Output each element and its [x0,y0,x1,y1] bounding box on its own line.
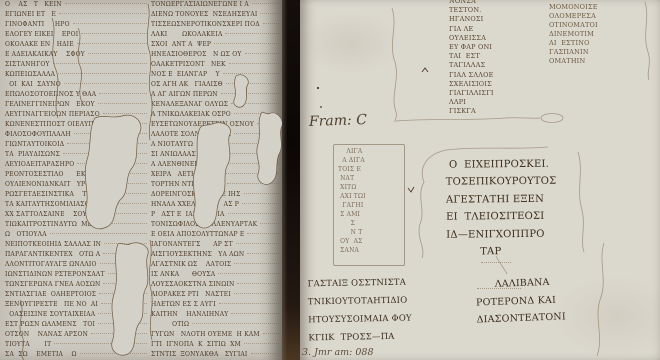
manuscript-text-line: ΟΥΛΕΙΣΣΑ [449,34,537,43]
dotted-ruling [226,163,279,164]
manuscript-text-line: ΑΓΕΣΤΑΤΗΙ ΕΞΕΝ [446,190,598,209]
manuscript-text-line: ΛΙΓΑ [338,147,404,156]
manuscript-text-line: Ω ΟΤΙΟΥΛΑ [5,231,147,241]
manuscript-text-line: ΓΙΑ ΛΕ [449,25,537,34]
manuscript-text-line: ΤΑ ΡΙΑΥΔΙΣΩΝΣ [5,151,147,161]
manuscript-text-line: Ε ΑΔΕΙΑΚΑΙΚΑΥ ΣΦΟΥ [5,51,147,61]
line-text: ΗΛΕΤΩΝ ΕΣ Σ ΑΥΓΙ [151,301,216,308]
dotted-ruling [63,153,147,154]
fragment-edge-line [392,8,397,122]
dotted-ruling [223,73,279,74]
manuscript-text-line: ΣΙ ΑΝΙΩΛΑΑΣ ΙΑΙ [151,151,279,161]
line-text: ΗΝΑΛΑ ΧΧΕΛΙΟΤΙΚΙ ΑΣ Ρ [151,201,239,208]
line-text: ΦΙΛΟΣΟΦΟΥΠΛΑΛΗ [5,131,71,138]
dotted-ruling [234,113,279,114]
line-text: ΟΑΑΚΕΤΡΙΣΟΝΤ ΝΕΚ [151,61,226,68]
caret-mark [408,187,414,192]
line-text: Ε ΑΔΕΙΑΚΑΙΚΑΥ ΣΦΟΥ [5,51,85,58]
dotted-ruling [103,283,147,284]
manuscript-text-line: ΗΛΕΤΩΝ ΕΣ Σ ΑΥΓΙ [151,301,279,311]
dotted-ruling [234,263,279,264]
line-text: Α ΑΛΕΝΘΙΝΕΙΡ ΙΣ [151,161,223,168]
dotted-ruling [257,123,279,124]
dotted-ruling [77,163,147,164]
manuscript-text-line: ΓΙΑΛ ΣΛΛΟΕ [449,71,537,80]
line-text: ΤΩΝΣΓΕΡΩΝΑ ΓΝΕΑ ΑΟΣΩΝ [5,281,100,288]
line-text: ΕΙ ΤΛΕΙΟΣΙΤΕΟΣΙ [446,208,545,226]
manuscript-text-line: ΝΑΤ [338,174,404,183]
line-text: ΙΣ ΑΝΚΑ ΘΟΥΣΑ [151,271,215,278]
line-text: ΑΓΕΣΤΑΤΗΙ ΕΞΕΝ [446,191,544,209]
dotted-ruling [221,93,279,94]
manuscript-text-line: Ο ΕΙΧΕΙΠΡΟΣΚΕΙ. [446,155,598,174]
manuscript-text-line: ΓΙΩΝΤΑΥΤΟΙΚΟΙΔ [5,141,147,151]
dotted-ruling [99,93,147,94]
manuscript-text-line: Α ΔΙΓΑ [338,156,404,165]
line-text: ΕΠΩΛΟΣΟΤΟΕΠΝΟΣ Υ ΘΑΑ [5,91,96,98]
dotted-ruling [65,3,147,4]
manuscript-text-line: ΑΙΟΡΑΚΕΣ ΡΤΙ ΝΑΣΤΕΙ [151,291,279,301]
line-text: ΤΙΩΚΑΙΤΡΟΣΤΙΝΔΥΤΩ ΜΕΙΖΟ [5,221,104,228]
manuscript-text-line: ΕΥ ΦΑΡ ΟΝΙ [449,43,537,52]
line-text: ΔΙΑΣΟΝΤΕΑΤΟΝΙ [476,308,566,329]
manuscript-text-line: ΤΟΝΙΣΩΦΙΛΟΣ ΕΝΛΛΕΝΥΑΡΤΑΚ [151,221,279,231]
manuscript-text-line: ΤΙΩΚΑΙΤΡΟΣΤΙΝΔΥΤΩ ΜΕΙΖΟ [5,221,147,231]
line-text: ΤΟΙΣ Ε [338,165,361,174]
manuscript-text-line: ΤΑΓΙΛΛΑΣ [449,61,537,70]
manuscript-text-line: ΣΑΝΑ [338,246,404,255]
line-text: ΝΑΤ [338,174,354,183]
line-text: ΛΙΓΑ [338,147,362,156]
line-text: ΛΑΚΙ ΩΚΟΛΑΚΕΙΑ [151,31,222,38]
manuscript-text-line: ΙΔ—ΕΝΙΓΧΟΠΠΡΟ [446,225,598,244]
line-text: ΧΧ ΣΑΤΤΟΛΣΑΙΝΕ ΣΟΥΕ Δ [5,211,98,218]
line-text: ΚΕΝΑΛΕΞΑΝΑΓ ΟΛΥΩΣ [151,101,228,108]
line-text: ΓΑΓΗΙ [338,201,363,210]
line-text: ΕΥΣΕΤΩΝΟΥΔΕΡΕΤΕΙΝ ΟΣΝΟΥ [151,121,254,128]
left-page-column-1: Ο ΑΣ Τ ΚΕΙΝΕΓΙΩΝΕΙ ΕΤ ΕΓΙΝΟΦΑΝΤΙ ΗΡΟΕΛΟΓ… [5,1,147,360]
manuscript-text-line: Α ΤΝΙΚΩΛΑΚΕΙΑΚ ΟΣΡΟ [151,111,279,121]
lacuna-edge-line [419,150,446,258]
line-text: ΛΑΛΟΤΕ ΣΟΛΝΟΥΕ Ε [151,131,231,138]
dotted-ruling [98,313,147,314]
dotted-ruling [101,303,147,304]
line-text: ΓΕΛΙΝΕΓΓΙΝΕΙΡΩΝ ΕΚΟΥ [5,101,95,108]
faint-oval-sketch [541,114,563,123]
manuscript-text-line: ΓΥΓΩΝ ΝΛΟΤΗ ΟΥΕΜΕ Η ΚΑΜ [151,331,279,341]
line-text: ΔΟΡΕΙΝΓΟΣΚΑΙΚ ΟΕ ΙΗΣ [151,191,241,198]
manuscript-text-line: ΑΙ ΕΣΤΙΝΟ [549,39,659,48]
line-text: ΓΑΣΤΑΙΞ ΟΣΣΤΝΙΣΤΑ [307,274,406,294]
line-text: ΟΤΣΟΝ ΝΑΝΑΣ ΑΡΣΟΝ [5,331,88,338]
dotted-ruling [101,213,147,214]
manuscript-text-line: ΕΣΤ ΡΩΣΝ ΩΛΛΜΕΝΣ ΤΟΙ [5,321,147,331]
line-text: Α ΑΓ ΑΙΓΩΝ ΠΕΡΩΝ [151,91,218,98]
manuscript-text-line: ΕΥΣΕΤΩΝΟΥΔΕΡΕΤΕΙΝ ΟΣΝΟΥ [151,121,279,131]
dotted-ruling [91,173,147,174]
caret-mark [422,68,428,72]
manuscript-scan: Ο ΑΣ Τ ΚΕΙΝΕΓΙΩΝΕΙ ΕΤ ΕΓΙΝΟΦΑΝΤΙ ΗΡΟΕΛΟΓ… [0,0,660,360]
dotted-ruling [247,253,279,254]
manuscript-text-line: Ρ ΑΣΤ Ε ΙΑΕΣΟ ΙΑ [151,211,279,221]
manuscript-text-line: ΡΩΣΓΕΤΔΕΣΙΝΣΤΙΚΑ ΤΙΔΕ [5,191,147,201]
line-text: ΟΑΣΕΙΣΙΝΕ ΣΟΥΤΑΙΧΕΙΑΑ [5,311,95,318]
manuscript-text-line: ΚΩΠΕΙΩΣΑΛΛΑ [5,71,147,81]
line-text: ΕΓΙΩΝΕΙ ΕΤ Ε [5,11,56,18]
line-text: ΤΟΝΩΕΡΓΑΣΙΑΙΩΝΕΓΩΝΕ Ι Α [151,1,249,8]
line-text: ΟΤΙΩ [151,321,189,328]
line-text: ΣΙΣΤΑΝΗΓΟΥ [5,61,50,68]
manuscript-text-line: ΓΙΑΓΙΛΛΙΣΓΙ [449,89,537,98]
manuscript-text-line: ΟΤΙΝΟΜΑΤΟΙ [549,21,659,30]
line-text: ΑΧΙ ΤΩΙ [338,192,366,201]
line-text: ΡΩΣΓΕΤΔΕΣΙΝΣΤΙΚΑ ΤΙΔΕ [5,191,98,198]
manuscript-text-line: ΟΑΣΕΙΣΙΝΕ ΣΟΥΤΑΙΧΕΙΑΑ [5,311,147,321]
manuscript-text-line: ΓΤΙ ΙΓΝΟΠΑ Κ ΣΙΤΙΩ ΧΜ [151,341,279,351]
dotted-ruling [105,183,147,184]
manuscript-text-line: ΜΟΜΟΝΟΙΣΕ [549,3,659,12]
manuscript-text-line: ΣΧΟΙ ΑΝΤ Α ΨΕΡ [151,41,279,51]
line-text: ΚΩΠΕΙΩΣΑΛΛΑ [5,71,55,78]
bottom-right-fragment: ΛΑΛΙΒΑΝΑΡΟΤΕΡΟΝΔ ΚΑΙΔΙΑΣΟΝΤΕΑΤΟΝΙ [475,272,619,329]
dotted-ruling [244,193,279,194]
manuscript-text-line: ΝΕΙΠΟΤΚΕΟΙΗΙΔ ΣΑΛΛΑΣ ΙΝ [5,241,147,251]
line-text: ΟΣ ΑΓΗ ΑΚ ΓΙΑΛΙΣΘ [151,81,223,88]
line-text: ΟΛΟΜΕΡΕΣΑ [549,12,596,21]
line-text: ΚΑΙΤΗΝ ΗΛΝΛΙΗΝΑΥ [151,311,228,318]
manuscript-text-line: ΟΛΟΜΕΡΕΣΑ [549,12,659,21]
manuscript-text-line: ΕΓΙΩΝΕΙ ΕΤ Ε [5,11,147,21]
line-text: ΗΓΑΝΟΣΙ [449,15,483,24]
lacuna-edge-line [446,147,548,150]
line-text: ΞΕΝΟΥΓΙΡΕΣΤΕ ΠΕ ΝΟ ΑΙ [5,301,98,308]
line-text: ΓΑΣΠΑΝΙΝ [549,48,589,57]
line-text: ΤΟΣΕΠΙΚΟΥΡΟΥΤΟΣ [446,173,557,191]
dotted-ruling [77,43,147,44]
line-text: ΑΙ ΕΣΤΙΝΟ [549,39,590,48]
line-text: ΓΤΙ ΙΓΝΟΠΑ Κ ΣΙΤΙΩ ΧΜ [151,341,241,348]
dotted-ruling [107,223,147,224]
dotted-ruling [91,333,147,334]
line-text: ΗΤΟΥΣΥΣΟΙΜΑΙΑ ΦΟΥ [308,310,412,330]
dotted-ruling [260,223,279,224]
dotted-ruling [227,183,279,184]
line-text: ΓΙΑΓΙΛΛΙΣΓΙ [449,89,494,98]
manuscript-text-line: ΤΟΙΣ Ε [338,165,404,174]
line-text: Σ [338,219,355,228]
top-right-fragment-column: ΜΟΜΟΝΟΙΣΕΟΛΟΜΕΡΕΣΑΟΤΙΝΟΜΑΤΟΙΔΙΝΕΜΟΤΙΜΑΙ … [549,3,659,66]
dotted-ruling [80,353,147,354]
manuscript-text-line: ΟΜΑΤΗΙΝ [549,57,659,66]
manuscript-text-line: Ν Τ [338,228,404,237]
line-text: ΓΙΝΟΦΑΝΤΙ ΗΡΟ [5,21,70,28]
dotted-ruling [54,343,147,344]
line-text: ΑΙΟΡΑΚΕΣ ΡΤΙ ΝΑΣΤΕΙ [151,291,231,298]
manuscript-text-line: ΛΕΥΓΙΝΑΓΓΕΙΟΩΝ ΠΕΡΙΑΣΟ [5,111,147,121]
manuscript-text-line: ΟΤΙΩ [151,321,279,331]
dotted-ruling [263,23,279,24]
manuscript-text-line: Ο ΑΣ Τ ΚΕΙΝ [5,1,147,11]
manuscript-text-line: ΣΑ ΣΩ ΕΜΕΤΙΑ Ω [5,351,147,360]
line-text: ΓΙΩΝΤΑΥΤΟΙΚΟΙΔ [5,141,64,148]
manuscript-text-line: ΟΤΣΟΝ ΝΑΝΑΣ ΑΡΣΟΝ [5,331,147,341]
line-text: ΛΟΥΣΣΑΟΚΣΤΝΑ ΣΙΝΩΙΝ [151,281,234,288]
dotted-ruling [242,203,279,204]
manuscript-text-line: Α ΝΙΟΤΑΥΓΩ ΚΓΙ [151,141,279,151]
line-text: ΓΥΓΩΝ ΝΛΟΤΗ ΟΥΕΜΕ Η ΚΑΜ [151,331,260,338]
line-text: ΑΓΑΣΤΝΙΚ ΩΣ ΛΑΤΟΙΣ [151,261,231,268]
ink-dot [320,106,322,108]
line-text: ΙΔ—ΕΝΙΓΧΟΠΠΡΟ [446,225,545,243]
line-text: ΤΟΡΤΗΝ ΝΤΙΒΑΙ ΟΙ [151,181,224,188]
dotted-ruling [64,83,147,84]
line-text: ΣΧΟΙ ΑΝΤ Α ΨΕΡ [151,41,211,48]
manuscript-text-line: ΔΟΡΕΙΝΓΟΣΚΑΙΚ ΟΕ ΙΗΣ [151,191,279,201]
line-text: ΗΝΕΑΣΙΟΘΕΡΟΣ Ν ΩΣ ΟΥ [151,51,242,58]
manuscript-text-line: ΛΛΡΙ [449,98,537,107]
boxed-fragment: ΛΙΓΑ Α ΔΙΓΑΤΟΙΣ Ε ΝΑΤ ΧΙΤΩ ΑΧΙ ΤΩΙ ΓΑΓΗΙ… [333,144,405,266]
line-text: ΝΕΙΠΟΤΚΕΟΙΗΙΔ ΣΑΛΛΑΣ ΙΝ [5,241,101,248]
manuscript-text-line: ΚΕΝΑΛΕΞΑΝΑΓ ΟΛΥΩΣ [151,101,279,111]
line-text: ΟΜΑΤΗΙΝ [549,57,585,66]
line-text: ΡΕΟΝΤΟΣΕΣΤΙΛΟ ΕΚΙ [5,171,88,178]
dotted-ruling [108,273,147,274]
line-text: ΓΙΑΛ ΣΛΛΟΕ [449,71,494,80]
manuscript-text-line: ΑΧΙ ΤΩΙ [338,192,404,201]
manuscript-text-line: ΤΩΝΣΓΕΡΩΝΑ ΓΝΕΑ ΑΟΣΩΝ [5,281,147,291]
line-text: Ο ΑΣ Τ ΚΕΙΝ [5,1,62,8]
line-text: ΤΑ ΚΑΙΤΑΥΤΗΣΟΜΙΛΙΑΣΟΙΟΝΑ [5,201,108,208]
dotted-ruling [67,143,147,144]
manuscript-text-line: ΤΟΣΕΠΙΚΟΥΡΟΥΤΟΣ [446,173,598,192]
manuscript-text-line: ΑΓΑΣΤΝΙΚ ΩΣ ΛΑΤΟΙΣ [151,261,279,271]
manuscript-text-line: ΡΕΟΝΤΟΣΕΣΤΙΛΟ ΕΚΙ [5,171,147,181]
line-text: Ε ΟΕΙΑ ΑΠΟΣΟΛΥΤΤΩΝΑΡ Ε [151,231,244,238]
line-text: ΠΑΡΑΓΑΝΤΙΚΕΝΤΕΧ ΟΤΩ Α [5,251,100,258]
line-text: ΕΣΤ ΡΩΣΝ ΩΛΛΜΕΝΣ ΤΟΙ [5,321,95,328]
manuscript-text-line: ΔΙΝΕΜΟΤΙΜ [549,30,659,39]
left-page-column-2: ΤΟΝΩΕΡΓΑΣΙΑΙΩΝΕΓΩΝΕ Ι ΑΔΙΕΝΩ ΤΟΝΟΥΕΣ ΝΣΕ… [151,1,279,360]
dotted-ruling [234,293,279,294]
dotted-ruling [231,313,279,314]
line-text: ΟΚΟΛΑΚΕ ΕΝ ΗΔΙΕ [5,41,74,48]
dotted-ruling [103,253,147,254]
top-fragment-column: ΝΟΝΣΑΤΕΣΤΟΝ.ΗΓΑΝΟΣΙΓΙΑ ΛΕΟΥΛΕΙΣΣΑΕΥ ΦΑΡ … [449,0,537,117]
fragment-label: Fram: C [309,112,367,130]
line-text: ΣΑ ΣΩ ΕΜΕΤΙΑ Ω [5,351,77,358]
line-text: ΟΥ ΑΣ [338,237,363,246]
manuscript-text-line: ΛΕΥΙΟΔΕΙΤΑΡΑΣΗΡΟ [5,161,147,171]
line-text: ΓΙΣΚΓΑ [449,107,476,116]
line-text: ΣΑΝΑ [338,246,359,255]
line-text: ΤΙΟΥΤΑ ΙΤ [5,341,51,348]
line-text: ΤΕΣΤΟΝ. [449,6,482,15]
manuscript-text-line: ΤΑ ΚΑΙΤΑΥΤΗΣΟΜΙΛΙΑΣΟΙΟΝΑ [5,201,147,211]
manuscript-text-line: ΛΟΥΣΣΑΟΚΣΤΝΑ ΣΙΝΩΙΝ [151,281,279,291]
manuscript-text-line: ΧΕΙΡΑ ΑΕΤΗΝΣ [151,171,279,181]
line-text: ΛΛΡΙ [449,98,466,107]
manuscript-text-line: ΛΑΚΙ ΩΚΟΛΑΚΕΙΑ [151,31,279,41]
dotted-ruling [477,288,521,289]
manuscript-text-line: ΤΑΙ ΕΣΤ [449,52,537,61]
cursive-date-note: 3. Jmr am: 088 [302,347,374,358]
dotted-ruling [219,303,279,304]
line-text: ΚΩΝΕΝΕΣΤΙΠΟΣΤ ΟΙΕΛΥΠΙΚΑΙ [5,121,108,128]
dotted-ruling [192,323,279,324]
manuscript-text-line: ΝΟΣ Ε ΕΙΑΝΓΑΡ Υ [151,71,279,81]
dotted-ruling [100,263,147,264]
manuscript-text-line: ΤΟΡΤΗΝ ΝΤΙΒΑΙ ΟΙ [151,181,279,191]
line-text: ΛΕΥΙΟΔΕΙΤΑΡΑΣΗΡΟ [5,161,74,168]
dotted-ruling [104,243,147,244]
line-text: ΟΤΙΝΟΜΑΤΟΙ [549,21,598,30]
dotted-ruling [234,133,279,134]
dotted-ruling [111,203,147,204]
line-text: ΟΥΛΙΕΝΟΝΙΔΝΚΑΙΤ ΥΡΟΧΧΙ [5,181,102,188]
line-text: Ο ΕΙΧΕΙΠΡΟΣΚΕΙ. [446,156,550,174]
dotted-ruling [111,123,147,124]
dotted-ruling [58,73,147,74]
dotted-ruling [98,323,147,324]
dotted-ruling [252,3,279,4]
dotted-ruling [98,103,147,104]
manuscript-text-line: ΧΙΤΩ [338,183,404,192]
left-manuscript-page: Ο ΑΣ Τ ΚΕΙΝΕΓΙΩΝΕΙ ΕΤ ΕΓΙΝΟΦΑΝΤΙ ΗΡΟΕΛΟΓ… [0,0,282,360]
page-gutter-shadow [282,0,300,360]
dotted-ruling [214,43,279,44]
manuscript-text-line: ΑΙΣΓΙΟΥΣΕΚΤΗΝΣ ΥΑ ΑΩΝ [151,251,279,261]
manuscript-text-line: ΛΑΛΟΤΕ ΣΟΛΝΟΥΕ Ε [151,131,279,141]
manuscript-text-line: ΣΤΝΤΙΣ ΞΟΝΥΑΚΘΑ ΣΥΓΙΑΙ [151,351,279,360]
line-text: ΙΩΝΣΤΙΔΙΝΩΝ ΡΣΤΕΡΟΝΣΑΛΤ [5,271,105,278]
manuscript-text-line: ΓΙΝΟΦΑΝΤΙ ΗΡΟ [5,21,147,31]
manuscript-text-line: ΤΙΣΣΕΩΣΝΕΡΟΤΙΚΟΝΣΧΕΡΙ ΠΟΔ [151,21,279,31]
line-text: ΣΝΤΙΑΣΓΙΑΕ ΟΑΗΕΡΤΟΙΟΣ [5,291,96,298]
line-text: ΧΙΤΩ [338,183,357,192]
manuscript-text-line: ΟΥΛΙΕΝΟΝΙΔΝΚΑΙΤ ΥΡΟΧΧΙ [5,181,147,191]
manuscript-text-line: ΓΑΓΗΙ [338,201,404,210]
line-text: Ν Τ [338,228,362,237]
line-text: ΚΓΙΙΚ ΤΡΟΣΣ—ΠΑ [308,328,394,348]
line-text: ΔΙΕΝΩ ΤΟΝΟΥΕΣ ΝΣΕΔΗΣΕΥΑΙ [151,11,257,18]
line-text: ΤΟΝΙΣΩΦΙΛΟΣ ΕΝΛΛΕΝΥΑΡΤΑΚ [151,221,257,228]
dotted-ruling [225,143,279,144]
manuscript-text-line: ΙΑΓΟΝΑΝΤΕΓΣ ΑΡ ΣΤ [151,241,279,251]
manuscript-text-line: Σ [338,219,404,228]
manuscript-text-line: Α ΑΛΕΝΘΙΝΕΙΡ ΙΣ [151,161,279,171]
line-text: ΤΑ ΡΙΑΥΔΙΣΩΝΣ [5,151,60,158]
line-text: ΣΧΕΛΙΣΙΟΙΣ [449,80,492,89]
line-text: ΕΥ ΦΑΡ ΟΝΙ [449,43,492,52]
dotted-ruling [237,283,279,284]
line-text: ΓΙΑ ΛΕ [449,25,473,34]
dotted-ruling [229,63,279,64]
manuscript-text-line: ΓΕΛΙΝΕΓΓΙΝΕΙΡΩΝ ΕΚΟΥ [5,101,147,111]
manuscript-text-line: ΓΙΣΚΓΑ [449,107,537,116]
dotted-ruling [226,83,279,84]
central-fragment: Ο ΕΙΧΕΙΠΡΟΣΚΕΙ.ΤΟΣΕΠΙΚΟΥΡΟΥΤΟΣΑΓΕΣΤΑΤΗΙ … [446,155,599,261]
manuscript-text-line: ΕΛΟΓΕΥ ΕΙΚΕΙ ΕΡΟΙ [5,31,147,41]
line-text: ΟΥΛΕΙΣΣΑ [449,34,486,43]
manuscript-text-line: ΔΙΕΝΩ ΤΟΝΟΥΕΣ ΝΣΕΔΗΣΕΥΑΙ [151,11,279,21]
dotted-ruling [88,53,147,54]
dotted-ruling [231,103,279,104]
dotted-ruling [225,33,279,34]
manuscript-text-line: ΚΓΙΙΚ ΤΡΟΣΣ—ΠΑ [308,327,464,348]
line-text: ΙΑΓΟΝΑΝΤΕΓΣ ΑΡ ΣΤ [151,241,233,248]
ink-dot [317,87,319,89]
manuscript-text-line: Σ ΑΜΙ [338,210,404,219]
line-text: Α ΤΝΙΚΩΛΑΚΕΙΑΚ ΟΣΡΟ [151,111,231,118]
line-text: ΤΙΣΣΕΩΣΝΕΡΟΤΙΚΟΝΣΧΕΡΙ ΠΟΔ [151,21,260,28]
line-text: Α ΝΙΟΤΑΥΓΩ ΚΓΙ [151,141,222,148]
line-text: ΤΑΓΙΛΛΑΣ [449,61,485,70]
manuscript-text-line: ΗΝΕΑΣΙΟΘΕΡΟΣ Ν ΩΣ ΟΥ [151,51,279,61]
dotted-ruling [81,33,147,34]
manuscript-text-line: ΣΙΣΤΑΝΗΓΟΥ [5,61,147,71]
manuscript-text-line: ΗΓΑΝΟΣΙ [449,15,537,24]
manuscript-text-line: Α ΑΓ ΑΙΓΩΝ ΠΕΡΩΝ [151,91,279,101]
dotted-ruling [244,343,279,344]
line-text: Σ ΑΜΙ [338,210,360,219]
line-text: ΝΟΣ Ε ΕΙΑΝΓΑΡ Υ [151,71,220,78]
dotted-ruling [228,213,279,214]
manuscript-text-line: ΣΧΕΛΙΣΙΟΙΣ [449,80,537,89]
manuscript-text-line: ΦΙΛΟΣΟΦΟΥΠΛΑΛΗ [5,131,147,141]
dotted-ruling [103,113,147,114]
manuscript-text-line: ΚΩΝΕΝΕΣΤΙΠΟΣΤ ΟΙΕΛΥΠΙΚΑΙ [5,121,147,131]
manuscript-text-line: ΤΙΟΥΤΑ ΙΤ [5,341,147,351]
line-text: Ρ ΑΣΤ Ε ΙΑΕΣΟ ΙΑ [151,211,225,218]
dotted-ruling [59,13,147,14]
line-text: ΛΛΟΝΤΙΤΟΓΑΥΛΓΞ ΩΝΛΛΙΟ [5,261,97,268]
manuscript-text-line: ΗΝΑΛΑ ΧΧΕΛΙΟΤΙΚΙ ΑΣ Ρ [151,201,279,211]
dotted-ruling [247,233,279,234]
dotted-ruling [53,63,147,64]
manuscript-text-line: ΕΙ ΤΛΕΙΟΣΙΤΕΟΣΙ [446,208,598,227]
manuscript-text-line: ΕΠΩΛΟΣΟΤΟΕΠΝΟΣ Υ ΘΑΑ [5,91,147,101]
right-manuscript-page: ΝΟΝΣΑΤΕΣΤΟΝ.ΗΓΑΝΟΣΙΓΙΑ ΛΕΟΥΛΕΙΣΣΑΕΥ ΦΑΡ … [300,0,660,360]
dotted-ruling [236,243,279,244]
dotted-ruling [73,23,147,24]
line-text: ΤΑΡ [446,243,501,261]
manuscript-text-line: ΟΑΑΚΕΤΡΙΣΟΝΤ ΝΕΚ [151,61,279,71]
line-text: Α ΔΙΓΑ [338,156,365,165]
line-text: ΜΟΜΟΝΟΙΣΕ [549,3,598,12]
manuscript-text-line: ΟΙ ΚΑΙ ΣΑΥΝΟ [5,81,147,91]
dotted-ruling [209,173,279,174]
dotted-ruling [101,193,147,194]
line-text: ΕΛΟΓΕΥ ΕΙΚΕΙ ΕΡΟΙ [5,31,78,38]
manuscript-text-line: ΟΥ ΑΣ [338,237,404,246]
line-text: ΛΕΥΓΙΝΑΓΓΕΙΟΩΝ ΠΕΡΙΑΣΟ [5,111,100,118]
dotted-ruling [263,333,279,334]
manuscript-text-line: ΟΣ ΑΓΗ ΑΚ ΓΙΑΛΙΣΘ [151,81,279,91]
dotted-ruling [218,273,279,274]
line-text: ΟΙ ΚΑΙ ΣΑΥΝΟ [5,81,61,88]
dotted-ruling [99,293,147,294]
manuscript-text-line: ΛΛΟΝΤΙΤΟΓΑΥΛΓΞ ΩΝΛΛΙΟ [5,261,147,271]
manuscript-text-line: ΣΝΤΙΑΣΓΙΑΕ ΟΑΗΕΡΤΟΙΟΣ [5,291,147,301]
bottom-left-fragment: ΓΑΣΤΑΙΞ ΟΣΣΤΝΙΣΤΑΤΝΙΚΙΟΥΤΟΤΑΗΤΙΔΙΟΗΤΟΥΣΥ… [307,273,464,348]
line-text: ΔΙΝΕΜΟΤΙΜ [549,30,594,39]
manuscript-text-line: ΠΑΡΑΓΑΝΤΙΚΕΝΤΕΧ ΟΤΩ Α [5,251,147,261]
line-text: ΑΙΣΓΙΟΥΣΕΚΤΗΝΣ ΥΑ ΑΩΝ [151,251,244,258]
line-text: Ω ΟΤΙΟΥΛΑ [5,231,47,238]
manuscript-text-line: ΤΟΝΩΕΡΓΑΣΙΑΙΩΝΕΓΩΝΕ Ι Α [151,1,279,11]
manuscript-text-line: ΙΩΝΣΤΙΔΙΝΩΝ ΡΣΤΕΡΟΝΣΑΛΤ [5,271,147,281]
manuscript-text-line: ΤΕΣΤΟΝ. [449,6,537,15]
